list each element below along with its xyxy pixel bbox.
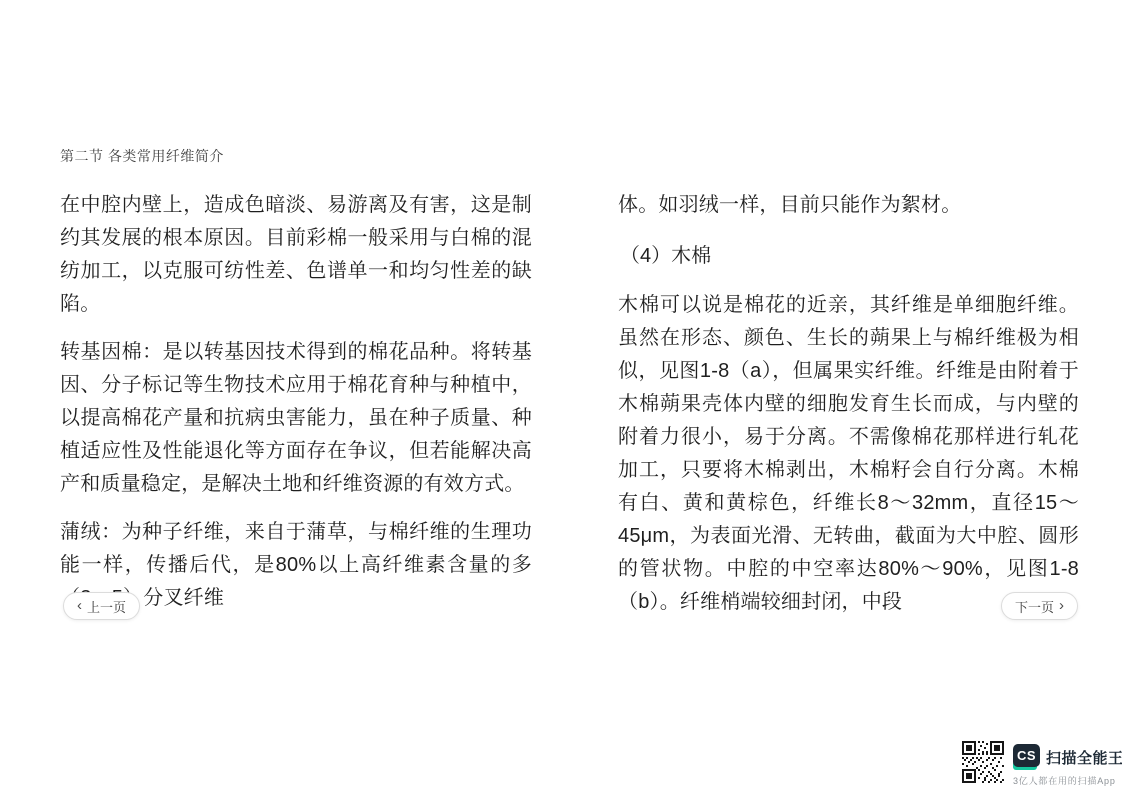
paragraph: 转基因棉：是以转基因技术得到的棉花品种。将转基因、分子标记等生物技术应用于棉花育… <box>60 336 532 501</box>
paragraph: 体。如羽绒一样，目前只能作为絮材。 <box>618 189 1079 222</box>
section-header: 第二节 各类常用纤维简介 <box>60 146 224 166</box>
chevron-right-icon: › <box>1059 598 1064 613</box>
paragraph: 在中腔内壁上，造成色暗淡、易游离及有害，这是制约其发展的根本原因。目前彩棉一般采… <box>60 189 532 321</box>
next-page-label: 下一页 <box>1015 597 1054 616</box>
paragraph: 木棉可以说是棉花的近亲，其纤维是单细胞纤维。虽然在形态、颜色、生长的蒴果上与棉纤… <box>618 289 1079 619</box>
list-subheading: （4）木棉 <box>618 240 1079 273</box>
right-text-column: 体。如羽绒一样，目前只能作为絮材。 （4）木棉 木棉可以说是棉花的近亲，其纤维是… <box>618 189 1079 634</box>
camscanner-logo-icon: CS <box>1013 744 1040 770</box>
brand-block: CS 扫描全能王 3亿人都在用的扫描App <box>1013 741 1122 787</box>
app-name: 扫描全能王 <box>1046 747 1122 768</box>
next-page-button[interactable]: 下一页 › <box>1001 592 1078 620</box>
prev-page-button[interactable]: ‹ 上一页 <box>63 592 140 620</box>
left-text-column: 在中腔内壁上，造成色暗淡、易游离及有害，这是制约其发展的根本原因。目前彩棉一般采… <box>60 189 532 630</box>
app-tagline: 3亿人都在用的扫描App <box>1013 774 1122 787</box>
prev-page-label: 上一页 <box>87 597 126 616</box>
camscanner-watermark: CS 扫描全能王 3亿人都在用的扫描App <box>962 741 1122 787</box>
document-page: 第二节 各类常用纤维简介 在中腔内壁上，造成色暗淡、易游离及有害，这是制约其发展… <box>0 0 1122 793</box>
qr-code-icon <box>962 741 1004 783</box>
chevron-left-icon: ‹ <box>77 598 82 613</box>
